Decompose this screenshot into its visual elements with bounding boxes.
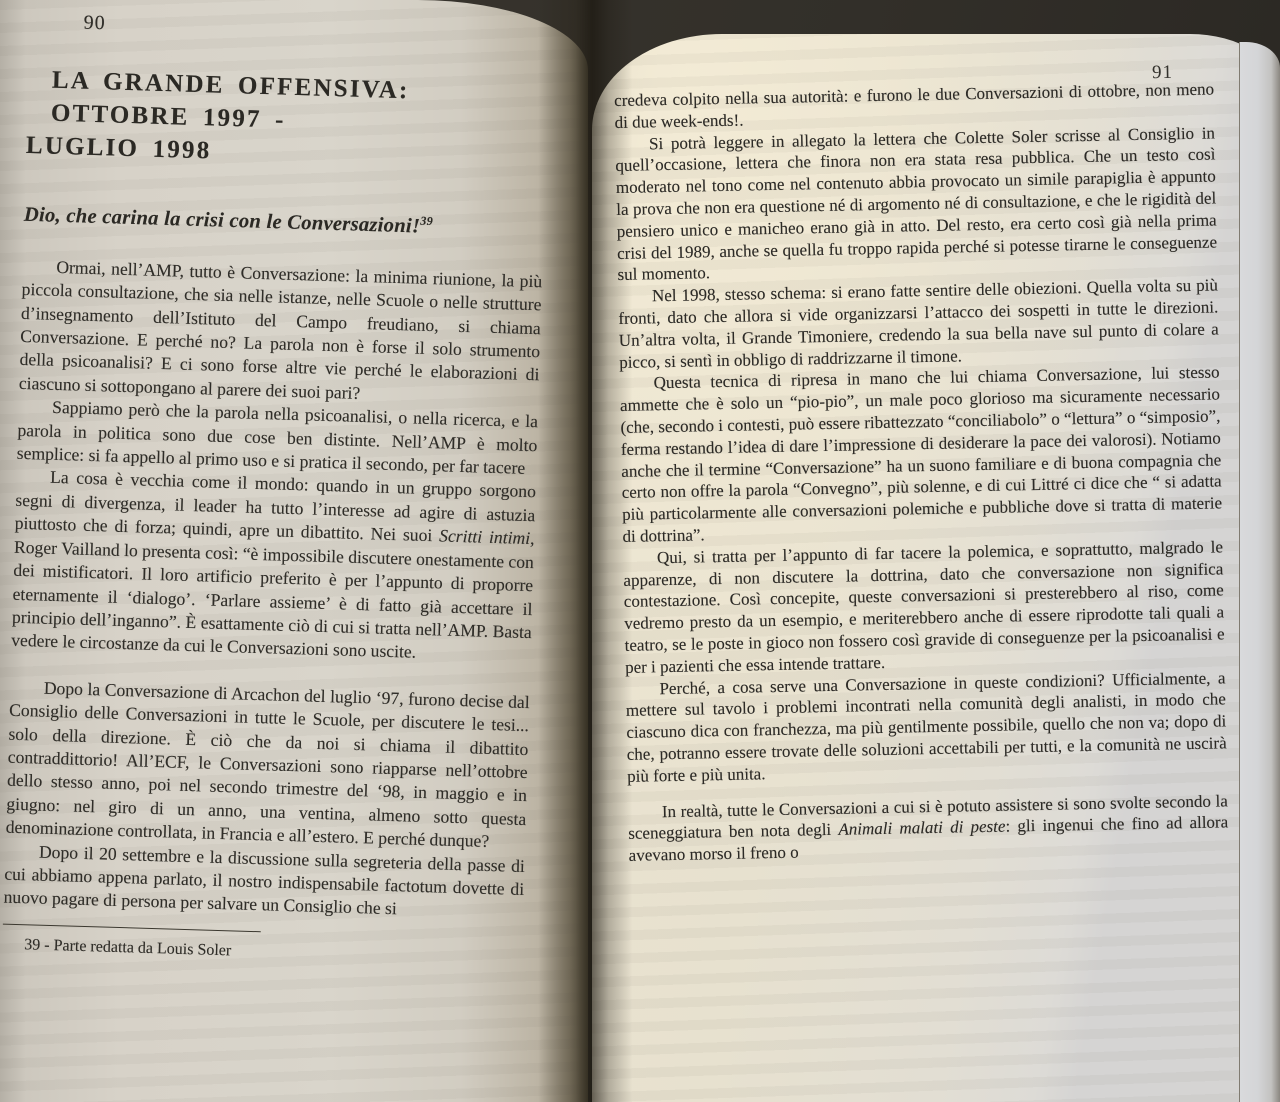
book-photo: 90 LA GRANDE OFFENSIVA: OTTOBRE 1997 - L… [0, 0, 1280, 1102]
paragraph-text: Qui, si tratta per l’appunto di far tace… [623, 537, 1225, 676]
body-paragraph: Nel 1998, stesso schema: si erano fatte … [618, 275, 1220, 374]
left-page: 90 LA GRANDE OFFENSIVA: OTTOBRE 1997 - L… [0, 0, 588, 1102]
body-paragraph: Qui, si tratta per l’appunto di far tace… [623, 536, 1225, 678]
chapter-heading: LA GRANDE OFFENSIVA: OTTOBRE 1997 - LUGL… [25, 63, 548, 177]
body-paragraph: Si potrà leggere in allegato la lettera … [615, 122, 1218, 286]
paragraph-text: Nel 1998, stesso schema: si erano fatte … [618, 276, 1219, 372]
italic-book-title: Animali malati di peste [838, 817, 1005, 839]
footnote-marker: 39 - [24, 936, 54, 954]
paragraph-text: Sappiamo però che la parola nella psicoa… [17, 397, 539, 478]
paragraph-text: Dopo il 20 settembre e la discussione su… [3, 841, 525, 918]
body-paragraph: Questa tecnica di ripresa in mano che lu… [619, 362, 1222, 548]
paragraph-text: Dopo la Conversazione di Arcachon del lu… [5, 677, 530, 851]
italic-book-title: Scritti intimi [439, 526, 531, 549]
footnote-reference: 39 [420, 214, 433, 228]
paragraph-text: Perché, a cosa serve una Conversazione i… [626, 668, 1227, 786]
section-subtitle: Dio, che carina la crisi con le Conversa… [24, 202, 545, 242]
paragraph-text: Si potrà leggere in allegato la lettera … [615, 123, 1217, 284]
body-paragraph: In realtà, tutte le Conversazioni a cui … [628, 790, 1229, 867]
paragraph-text: Questa tecnica di ripresa in mano che lu… [620, 363, 1222, 546]
footnote: 39 - Parte redatta da Louis Soler [2, 934, 522, 969]
left-page-text: 90 LA GRANDE OFFENSIVA: OTTOBRE 1997 - L… [2, 10, 550, 970]
right-page: 91 credeva colpito nella sua autorità: e… [592, 34, 1280, 1102]
footnote-rule [3, 923, 261, 932]
body-paragraph: Dopo il 20 settembre e la discussione su… [3, 839, 525, 925]
paragraph-text: , Roger Vailland lo presenta così: “è im… [11, 528, 535, 662]
section-subtitle-text: Dio, che carina la crisi con le Conversa… [24, 204, 421, 238]
left-page-number: 90 [83, 12, 549, 49]
body-paragraph: Ormai, nell’AMP, tutto è Conversazione: … [19, 255, 543, 411]
paragraph-text: Ormai, nell’AMP, tutto è Conversazione: … [19, 257, 543, 403]
page-stack-edge [1239, 42, 1280, 1102]
body-paragraph: La cosa è vecchia come il mondo: quando … [11, 465, 536, 668]
body-paragraph: Perché, a cosa serve una Conversazione i… [625, 667, 1227, 787]
body-paragraph: Dopo la Conversazione di Arcachon del lu… [5, 675, 530, 854]
right-page-text: credeva colpito nella sua autorità: e fu… [614, 78, 1229, 866]
footnote-text: Parte redatta da Louis Soler [53, 937, 231, 959]
